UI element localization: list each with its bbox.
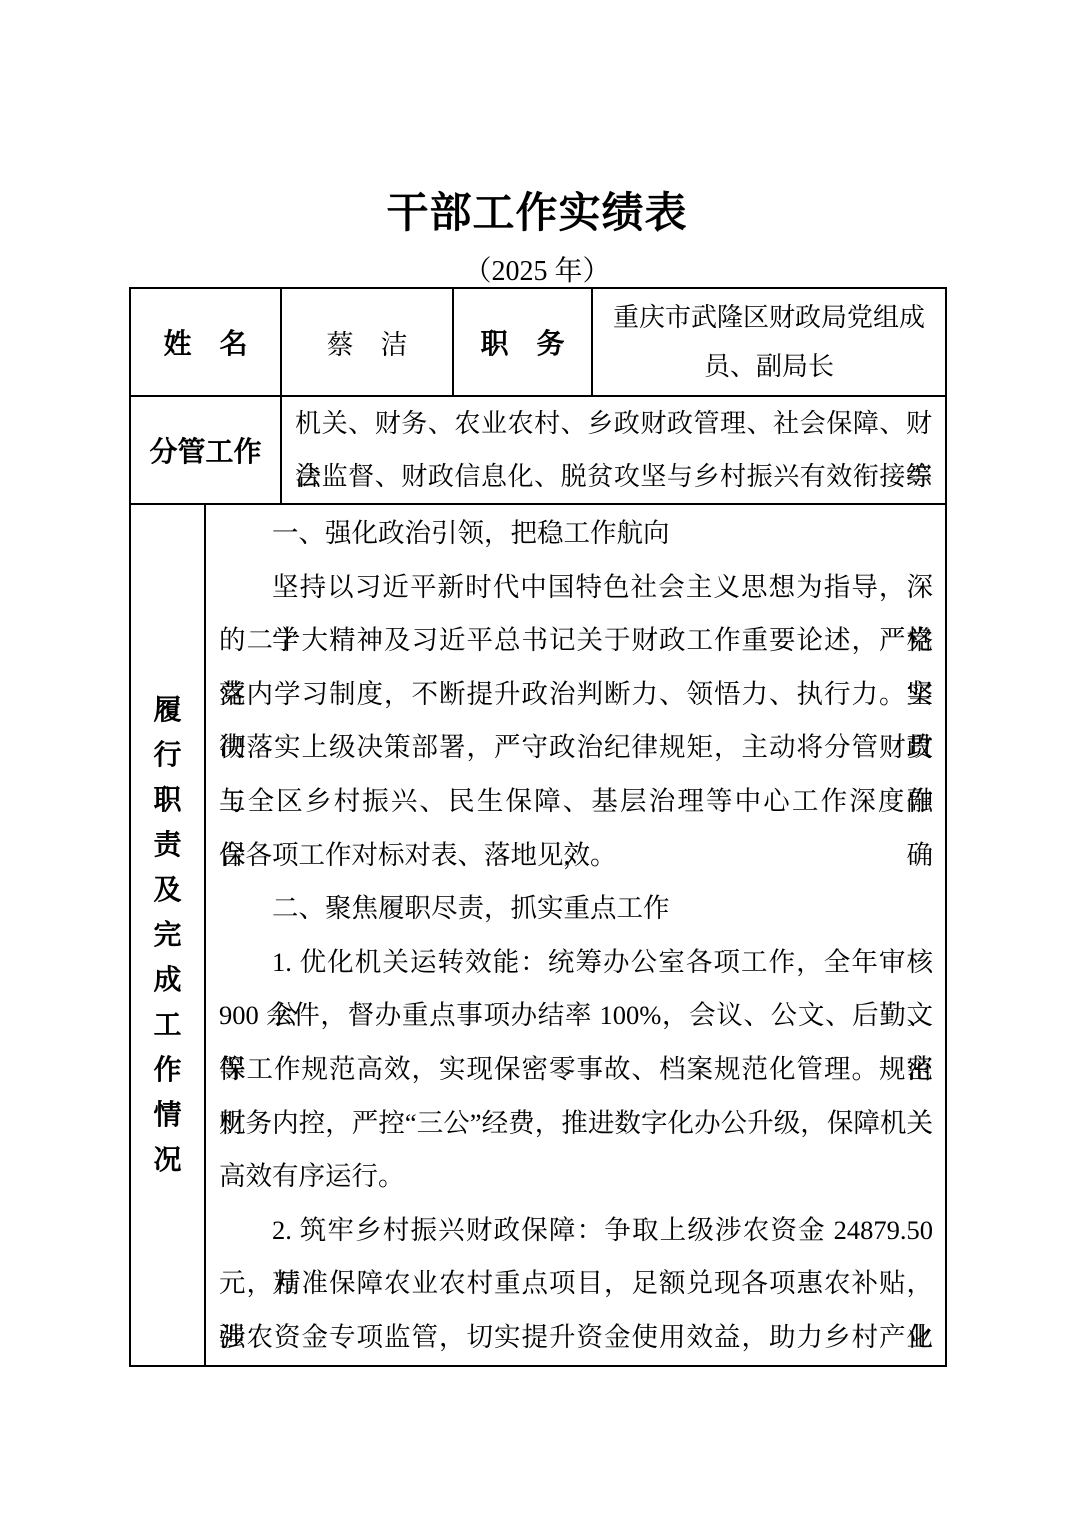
text-line: 坚持以习近平新时代中国特色社会主义思想为指导，深学党: [219, 561, 933, 615]
performance-label: 履 行 职 责 及 完 成 工 作 情 况: [130, 504, 205, 1366]
text-line: 财务内控，严控“三公”经费，推进数字化办公升级，保障机关: [219, 1097, 933, 1151]
table-row-identity: 姓 名 蔡 洁 职 务 重庆市武隆区财政局党组成 员、副局长: [130, 288, 946, 396]
text-line: 高效有序运行。: [219, 1150, 933, 1204]
text-line: 党内学习制度，不断提升政治判断力、领悟力、执行力。坚决贯: [219, 668, 933, 722]
text-line: 一、强化政治引领，把稳工作航向: [219, 507, 933, 561]
text-line: 二、聚焦履职尽责，抓实重点工作: [219, 882, 933, 936]
page-subtitle: （2025 年）: [0, 249, 1074, 289]
table-row-duties: 分管工作 机关、财务、农业农村、乡政财政管理、社会保障、财法综 合监督、财政信息…: [130, 396, 946, 504]
position-value-line2: 员、副局长: [607, 342, 931, 391]
text-line: 涉农资金专项监管，切实提升资金使用效益，助力乡村产业发展: [219, 1311, 933, 1365]
performance-content: 一、强化政治引领，把稳工作航向 坚持以习近平新时代中国特色社会主义思想为指导，深…: [205, 504, 946, 1366]
duty-value-line1: 机关、财务、农业农村、乡政财政管理、社会保障、财法综: [295, 397, 932, 450]
text-line: 元，精准保障农业农村重点项目，足额兑现各项惠农补贴，强化: [219, 1257, 933, 1311]
position-label: 职 务: [453, 288, 592, 396]
duty-label: 分管工作: [130, 396, 281, 504]
text-line: 与全区乡村振兴、民生保障、基层治理等中心工作深度融合，确: [219, 775, 933, 829]
duty-value-line2: 合监督、财政信息化、脱贫攻坚与乡村振兴有效衔接等工作。: [295, 450, 932, 503]
text-line: 2. 筑牢乡村振兴财政保障：争取上级涉农资金 24879.50 万: [219, 1204, 933, 1258]
performance-table: 姓 名 蔡 洁 职 务 重庆市武隆区财政局党组成 员、副局长 分管工作 机关、财…: [129, 287, 947, 1367]
name-label: 姓 名: [130, 288, 281, 396]
page-title: 干部工作实绩表: [0, 180, 1074, 240]
table-row-performance: 履 行 职 责 及 完 成 工 作 情 况 一、强化政治引领，把稳工作航向 坚持…: [130, 504, 946, 1366]
name-value: 蔡 洁: [281, 288, 453, 396]
position-value: 重庆市武隆区财政局党组成 员、副局长: [592, 288, 946, 396]
performance-label-vertical-text: 履 行 职 责 及 完 成 工 作 情 况: [131, 687, 204, 1182]
text-line: 1. 优化机关运转效能：统筹办公室各项工作，全年审核公文: [219, 936, 933, 990]
text-line: 的二十大精神及习近平总书记关于财政工作重要论述，严格落实: [219, 614, 933, 668]
text-line: 等工作规范高效，实现保密零事故、档案规范化管理。规范机关: [219, 1043, 933, 1097]
position-value-line1: 重庆市武隆区财政局党组成: [607, 293, 931, 342]
duty-value: 机关、财务、农业农村、乡政财政管理、社会保障、财法综 合监督、财政信息化、脱贫攻…: [281, 396, 946, 504]
text-line: 900 余件，督办重点事项办结率 100%，会议、公文、后勤、保密: [219, 989, 933, 1043]
text-line: 彻落实上级决策部署，严守政治纪律规矩，主动将分管财政工作: [219, 721, 933, 775]
